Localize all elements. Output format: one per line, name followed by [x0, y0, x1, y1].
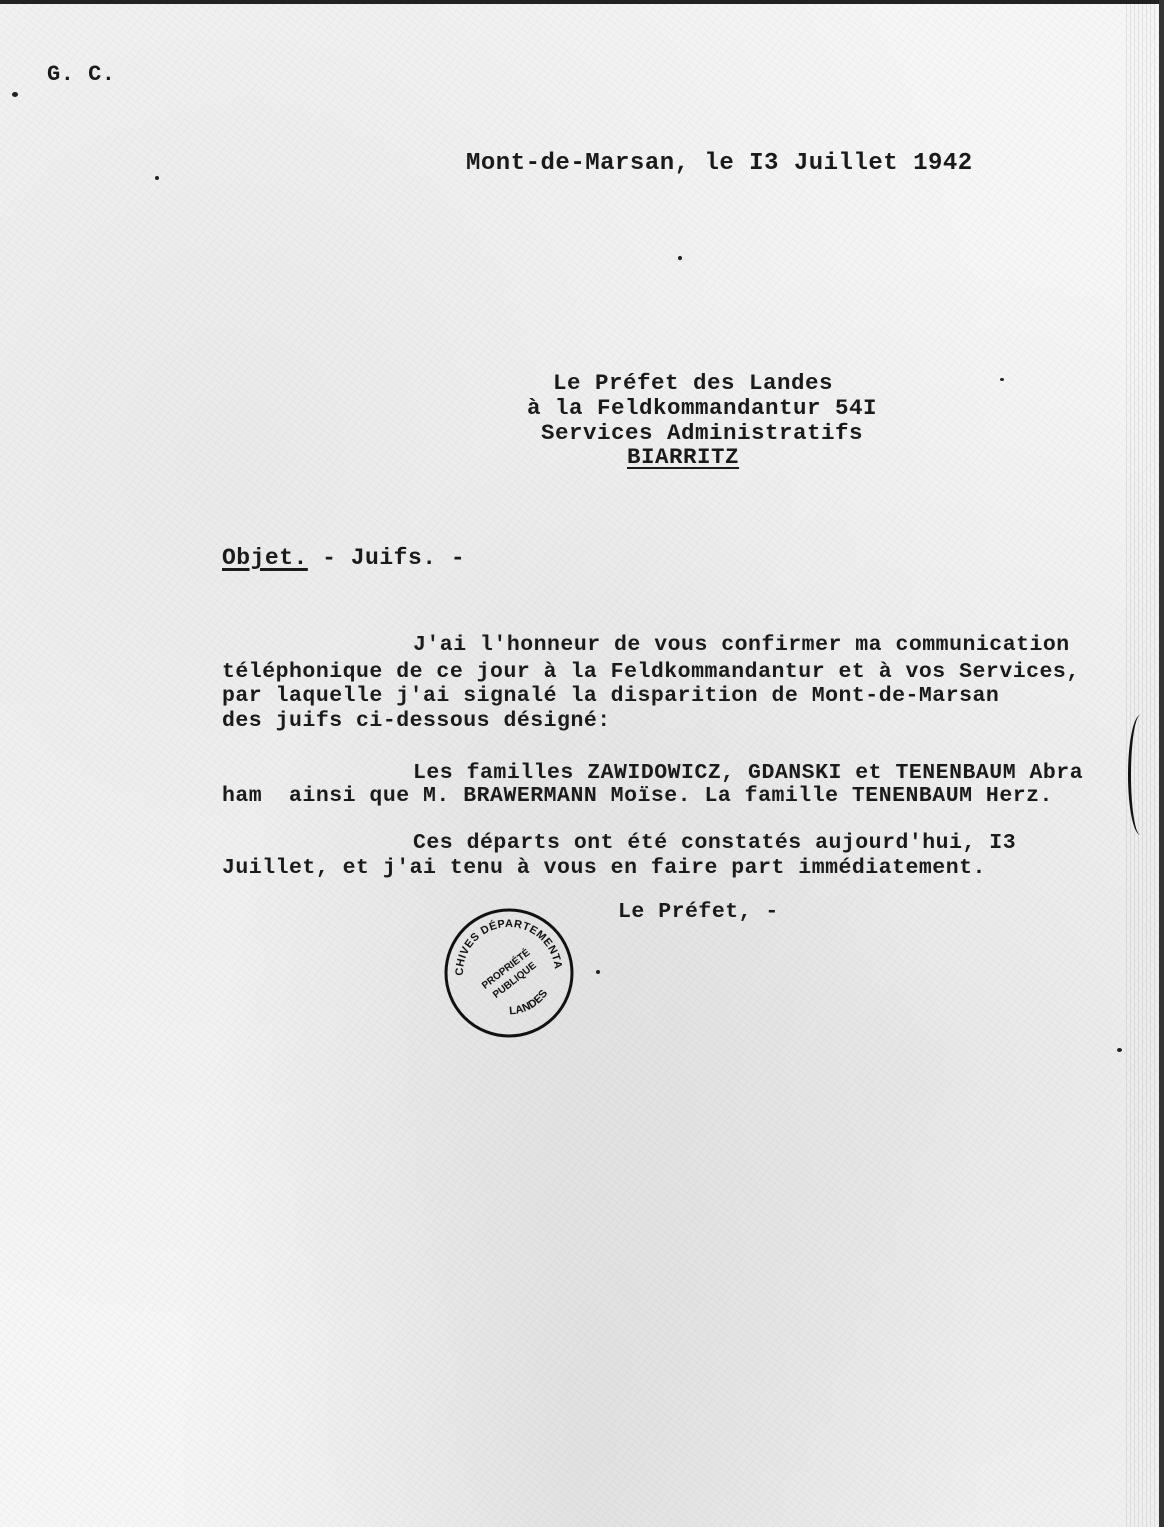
subject-line: Objet. - Juifs. -: [222, 545, 465, 571]
body-line: Les familles ZAWIDOWICZ, GDANSKI et TENE…: [413, 761, 1083, 785]
body-line: des juifs ci-dessous désigné:: [222, 709, 611, 733]
body-line: ham ainsi que M. BRAWERMANN Moïse. La fa…: [222, 784, 1053, 808]
recipient-line-1: Le Préfet des Landes: [553, 370, 833, 396]
stamp-outer-bottom: LANDES: [509, 988, 550, 1018]
recipient-line-3: Services Administratifs: [541, 420, 863, 446]
body-line: par laquelle j'ai signalé la disparition…: [222, 684, 999, 708]
scanned-letter-page: G. C. Mont-de-Marsan, le I3 Juillet 1942…: [0, 0, 1164, 1527]
scan-speck: [678, 256, 682, 260]
body-line: Ces départs ont été constatés aujourd'hu…: [413, 831, 1016, 855]
svg-text:LANDES: LANDES: [509, 988, 550, 1018]
subject-label: Objet.: [222, 545, 308, 571]
scan-speck: [1000, 378, 1004, 381]
scan-edge-right: [1159, 0, 1164, 1527]
scan-speck: [596, 970, 600, 974]
recipient-line-2: à la Feldkommandantur 54I: [527, 395, 877, 421]
recipient-city: BIARRITZ: [627, 444, 739, 470]
scan-edge-top: [0, 0, 1164, 4]
page-fold-mark: [1128, 715, 1153, 835]
body-line: Juillet, et j'ai tenu à vous en faire pa…: [222, 856, 986, 880]
dateline: Mont-de-Marsan, le I3 Juillet 1942: [466, 150, 973, 177]
scan-speck: [155, 176, 159, 180]
scan-speck: [12, 92, 18, 97]
body-line: J'ai l'honneur de vous confirmer ma comm…: [413, 633, 1070, 657]
scan-speck: [1117, 1048, 1122, 1052]
body-line: téléphonique de ce jour à la Feldkommand…: [222, 660, 1080, 684]
archive-stamp-icon: ARCHIVES DÉPARTEMENTALES LANDES PROPRIÉT…: [443, 907, 575, 1039]
signature-line: Le Préfet, -: [618, 900, 779, 924]
initials: G. C.: [47, 62, 116, 87]
subject-text: - Juifs. -: [308, 545, 465, 571]
